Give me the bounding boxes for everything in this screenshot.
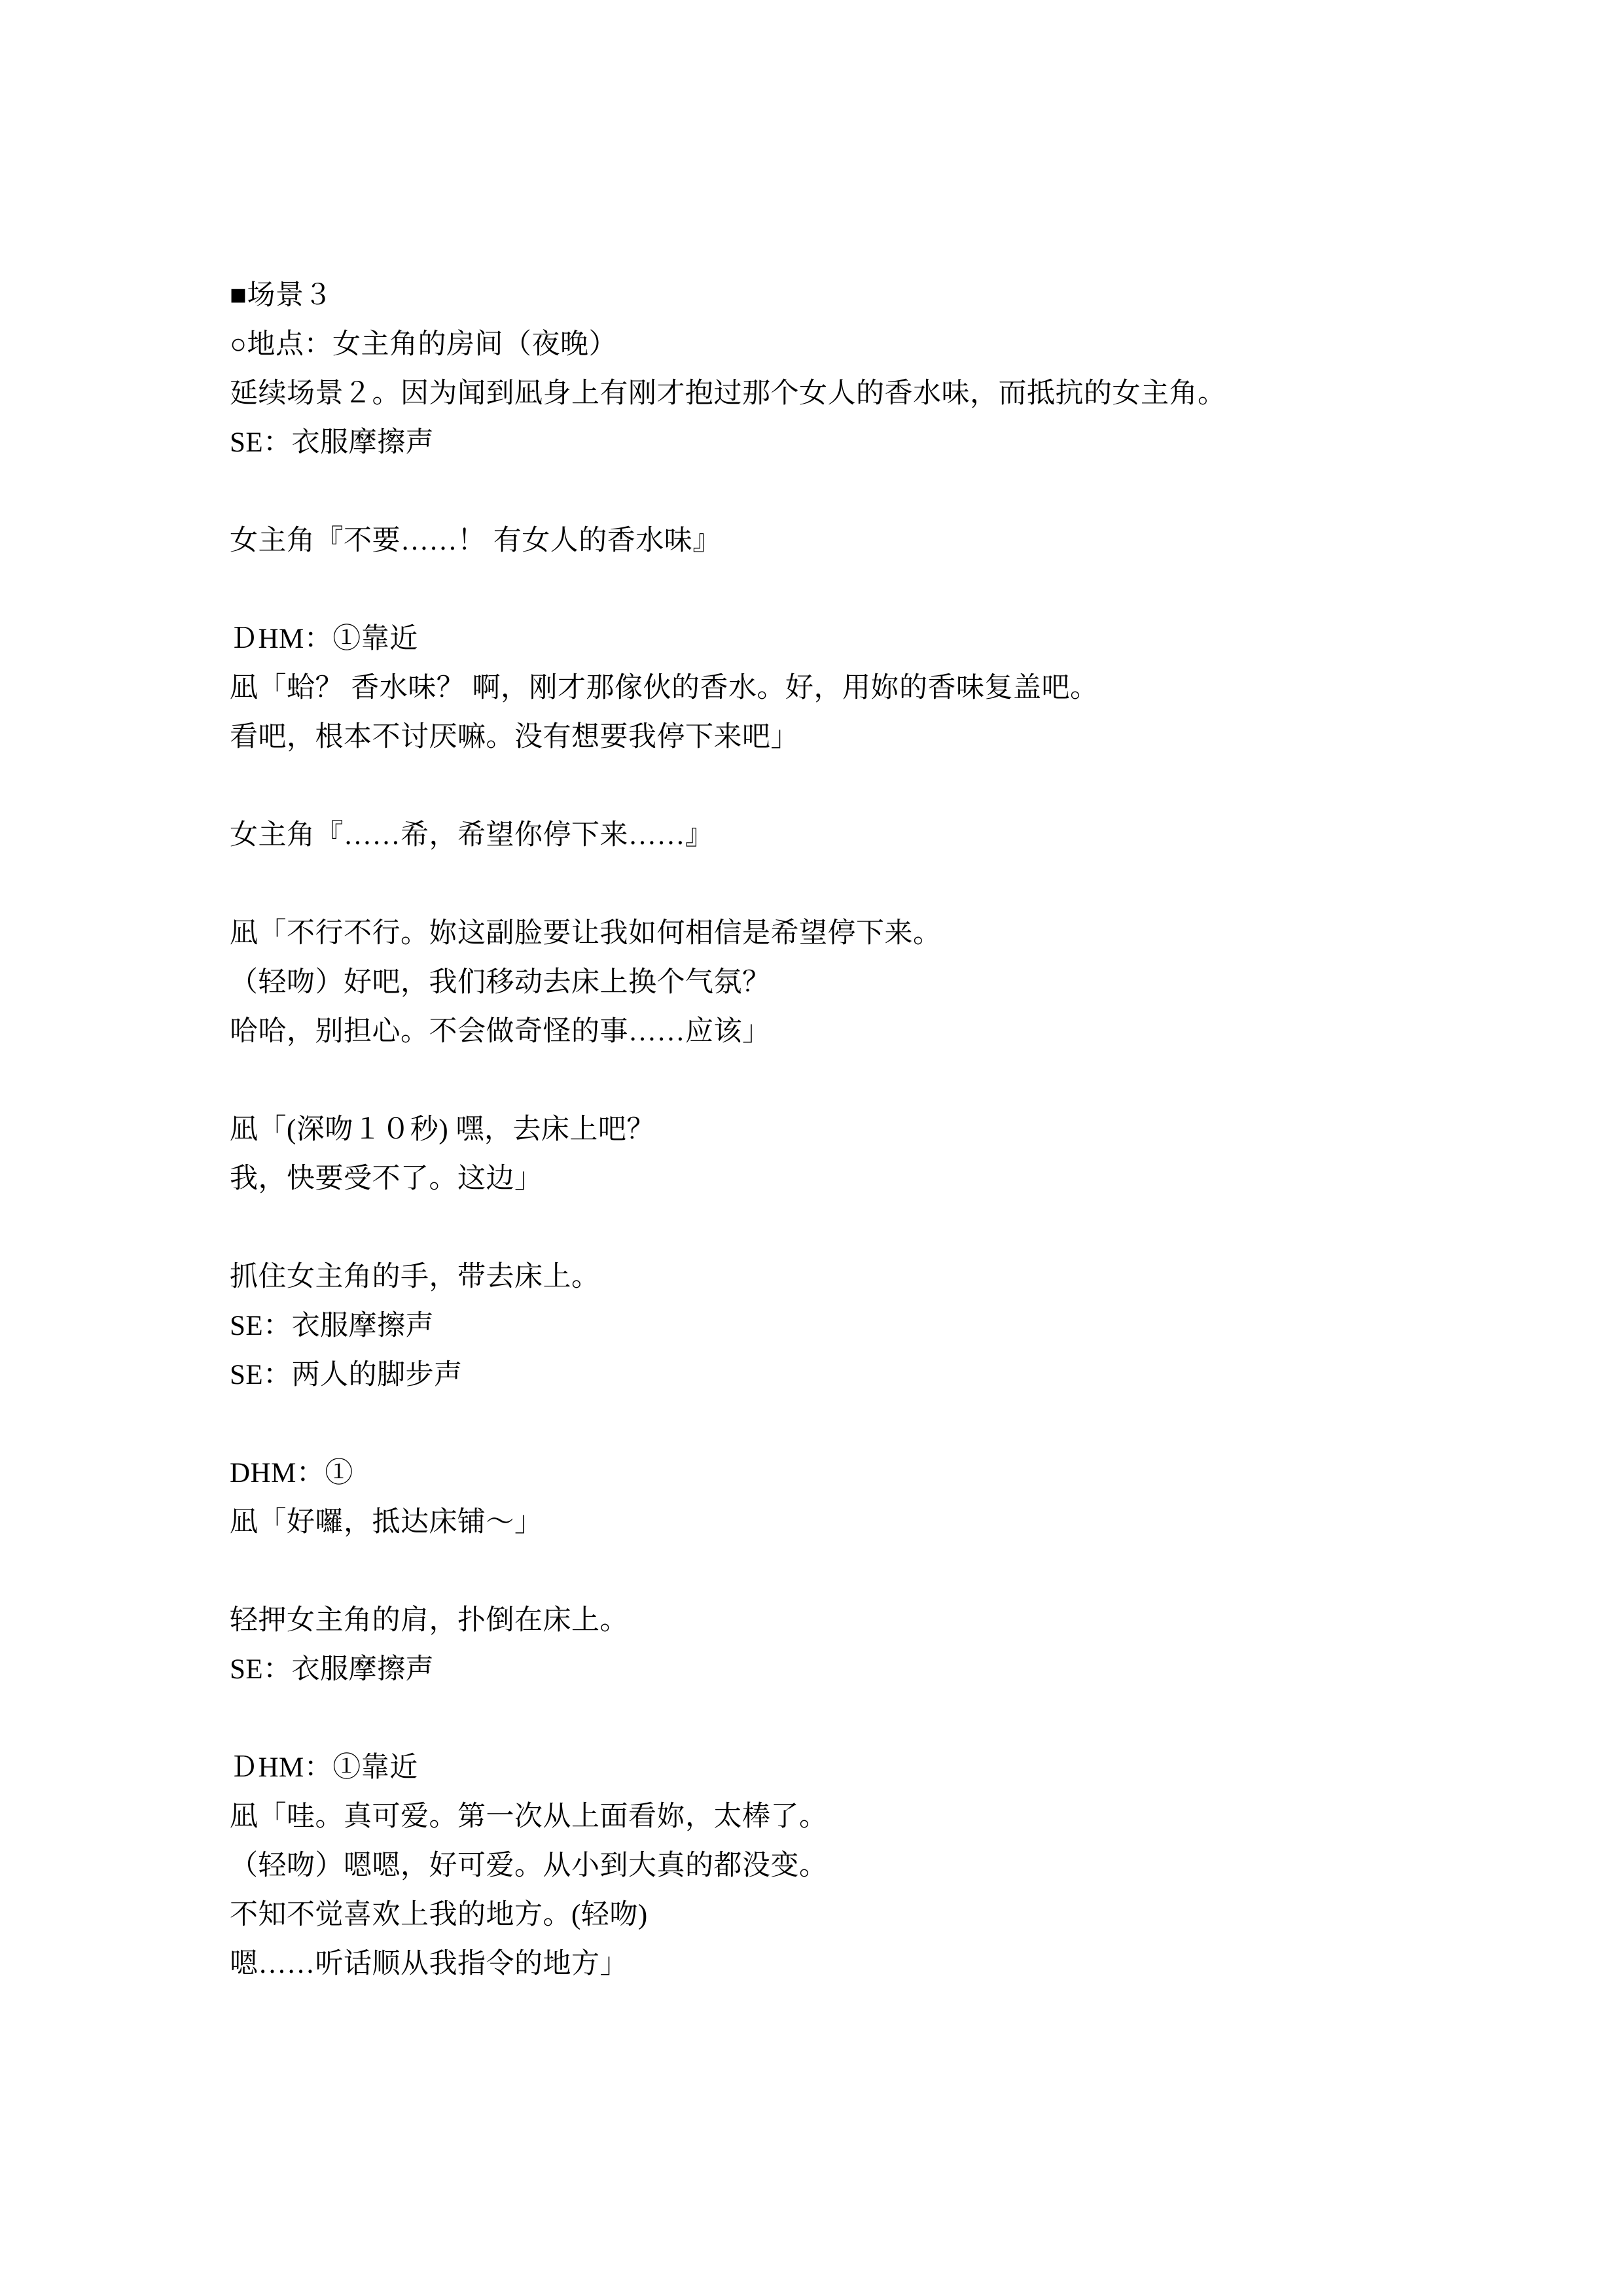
heroine-dialogue-line: 女主角『……希，希望你停下来……』: [230, 811, 1473, 860]
blank-line: [230, 1203, 1473, 1252]
nagi-dialogue-line: 凪「不行不行。妳这副脸要让我如何相信是希望停下来。: [230, 909, 1473, 958]
blank-line: [230, 565, 1473, 614]
dhm-cue-line: ＤHM：①靠近: [230, 1743, 1473, 1792]
nagi-dialogue-line: 凪「哇。真可爱。第一次从上面看妳，太棒了。: [230, 1792, 1473, 1841]
nagi-dialogue-line: 凪「(深吻１０秒) 嘿，去床上吧？: [230, 1105, 1473, 1154]
se-line: SE：两人的脚步声: [230, 1351, 1473, 1400]
dhm-cue-line: ＤHM：①靠近: [230, 614, 1473, 663]
blank-line: [230, 762, 1473, 811]
se-line: SE：衣服摩擦声: [230, 1645, 1473, 1694]
nagi-dialogue-line: 哈哈，别担心。不会做奇怪的事……应该」: [230, 1007, 1473, 1056]
nagi-dialogue-line: （轻吻）嗯嗯，好可爱。从小到大真的都没变。: [230, 1841, 1473, 1890]
nagi-dialogue-line: 嗯……听话顺从我指令的地方」: [230, 1939, 1473, 1988]
scene-heading: ■场景３: [230, 271, 1473, 320]
location-line: ○地点：女主角的房间（夜晚）: [230, 320, 1473, 369]
nagi-dialogue-line: 凪「蛤？ 香水味？ 啊，刚才那傢伙的香水。好，用妳的香味复盖吧。: [230, 663, 1473, 713]
heroine-dialogue-line: 女主角『不要……！ 有女人的香水味』: [230, 516, 1473, 565]
nagi-dialogue-line: 不知不觉喜欢上我的地方。(轻吻): [230, 1890, 1473, 1939]
script-text-block: ■场景３ ○地点：女主角的房间（夜晚） 延续场景２。因为闻到凪身上有刚才抱过那个…: [230, 271, 1473, 1988]
narration-line: 抓住女主角的手，带去床上。: [230, 1252, 1473, 1301]
narration-line: 轻押女主角的肩，扑倒在床上。: [230, 1596, 1473, 1645]
nagi-dialogue-line: 看吧，根本不讨厌嘛。没有想要我停下来吧」: [230, 713, 1473, 762]
nagi-dialogue-line: （轻吻）好吧，我们移动去床上换个气氛？: [230, 958, 1473, 1007]
blank-line: [230, 467, 1473, 516]
blank-line: [230, 1547, 1473, 1596]
blank-line: [230, 1056, 1473, 1105]
dhm-cue-line: DHM：①: [230, 1449, 1473, 1498]
se-line: SE：衣服摩擦声: [230, 418, 1473, 467]
se-line: SE：衣服摩擦声: [230, 1301, 1473, 1351]
blank-line: [230, 1694, 1473, 1743]
nagi-dialogue-line: 凪「好囉，抵达床铺～」: [230, 1498, 1473, 1547]
blank-line: [230, 860, 1473, 909]
blank-line: [230, 1400, 1473, 1449]
nagi-dialogue-line: 我，快要受不了。这边」: [230, 1154, 1473, 1203]
script-page: ■场景３ ○地点：女主角的房间（夜晚） 延续场景２。因为闻到凪身上有刚才抱过那个…: [0, 0, 1623, 2296]
narration-line: 延续场景２。因为闻到凪身上有刚才抱过那个女人的香水味，而抵抗的女主角。: [230, 369, 1473, 418]
